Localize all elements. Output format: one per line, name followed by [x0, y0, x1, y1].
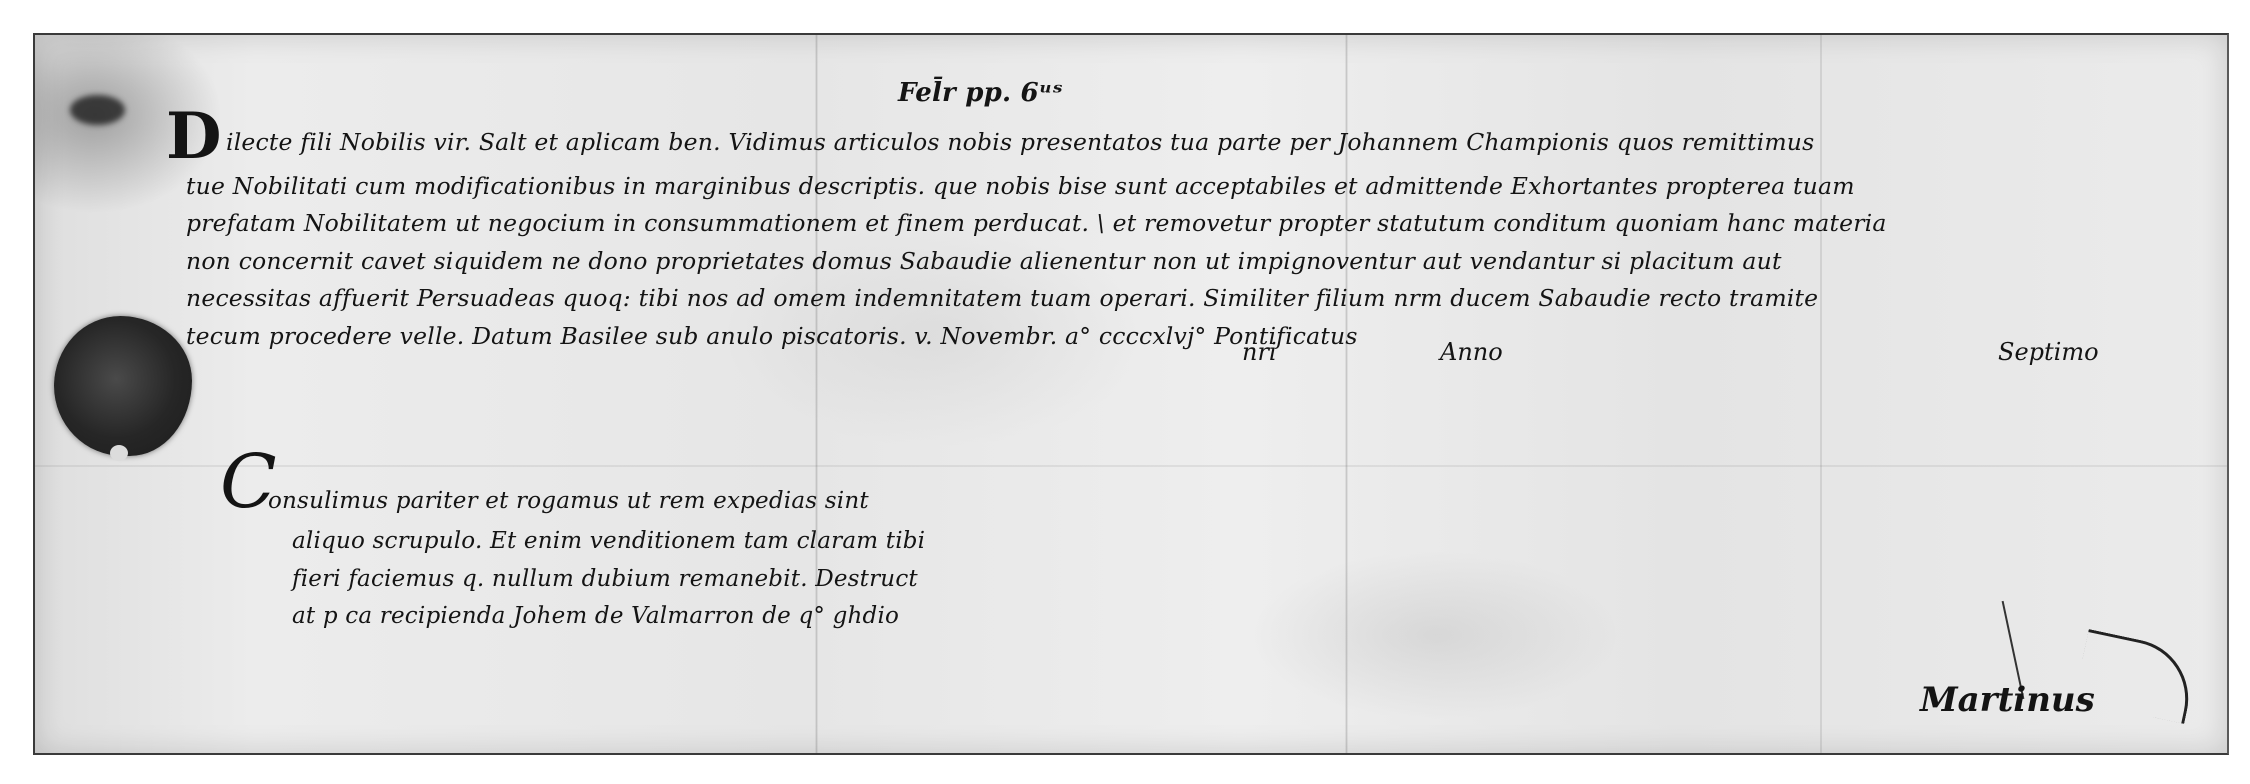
- postscript-line-1: onsulimus pariter et rogamus ut rem expe…: [268, 488, 869, 514]
- postscript-line-4: at p ca recipienda Johem de Valmarron de…: [292, 603, 899, 629]
- fold-crease-horizontal: [35, 465, 2227, 467]
- body-line-5: necessitas affuerit Persuadeas quoq: tib…: [186, 284, 1818, 312]
- illuminated-initial: D: [166, 105, 222, 169]
- postscript-line-3: fieri faciemus q. nullum dubium remanebi…: [292, 566, 918, 592]
- seal-notch: [110, 445, 128, 461]
- body-line-2: tue Nobilitati cum modificationibus in m…: [186, 172, 1855, 200]
- body-line-3: prefatam Nobilitatem ut negocium in cons…: [186, 209, 1887, 237]
- wax-seal-remnant: [54, 316, 192, 456]
- fold-crease: [1820, 35, 1822, 753]
- postscript-line-2: aliquo scrupulo. Et enim venditionem tam…: [292, 528, 925, 554]
- body-line-4: non concernit cavet siquidem ne dono pro…: [186, 247, 1782, 275]
- dating-nri: nri: [1242, 338, 1277, 366]
- dating-anno: Anno: [1440, 338, 1503, 366]
- papal-signature: Martinus: [1920, 680, 2095, 720]
- body-line-6: tecum procedere velle. Datum Basilee sub…: [186, 322, 1358, 350]
- document-heading: Fel̄r pp. 6ᵘˢ: [898, 78, 1063, 108]
- body-line-1: ilecte fili Nobilis vir. Salt et aplicam…: [226, 128, 1814, 156]
- dating-septimo: Septimo: [1998, 338, 2099, 366]
- ink-stain: [70, 95, 125, 125]
